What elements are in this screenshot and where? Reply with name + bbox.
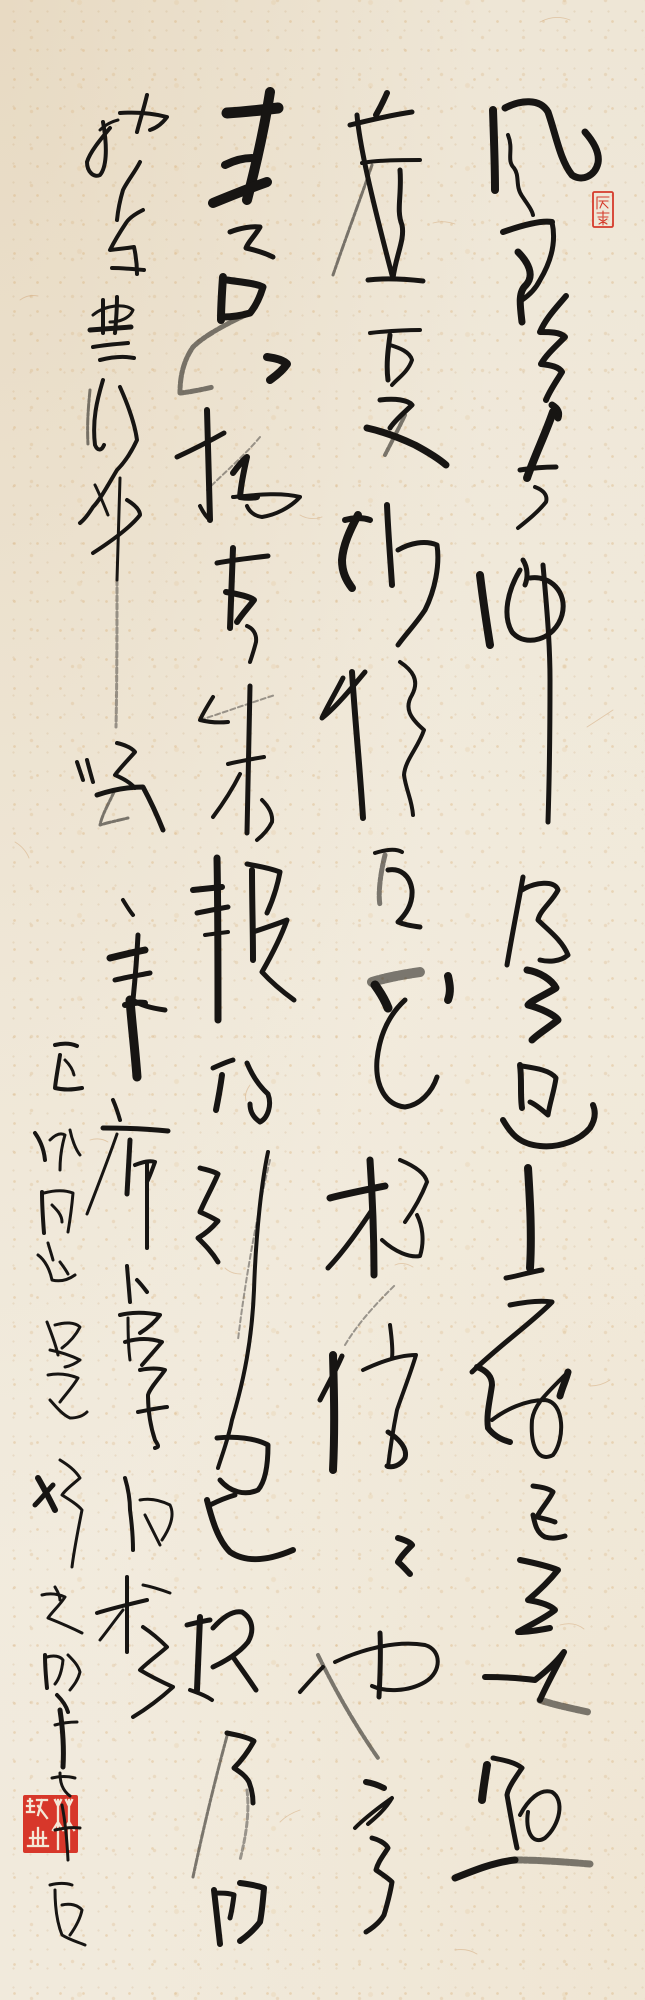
poem-column-4 [77,95,167,830]
glyph-lai [200,686,275,840]
glyph-zhang [367,399,446,465]
glyph-feng [493,102,598,215]
leisure-seal [593,192,613,227]
ink-layer [0,0,645,2000]
glyph-qiao [320,1285,416,1470]
glyph-chun-2 [472,1168,552,1372]
calligraphy-scroll: 風雨送春歸飛雪迎春到已是懸 崖百丈冰猶有花枝俏々也不爭 春只把春來報待到山花爛漫… [0,0,645,2000]
glyph-repeat-mark [398,1538,412,1574]
glyph-you [322,662,424,818]
glyph-dao [477,1367,568,1457]
glyph-lan [187,1612,256,1700]
glyph-ya [333,93,423,281]
glyph-song [540,296,566,400]
glyph-bai [370,330,420,385]
glyph-dai [213,1060,270,1122]
glyph-you-2 [375,850,420,927]
glyph-bu-zheng [355,1782,392,1932]
inscription-column-1 [87,900,173,1717]
glyph-chun-4 [217,548,268,662]
glyph-zhi-only [180,277,287,393]
glyph-man [193,1733,254,1877]
glyph-hua [372,972,450,1107]
glyph-shan-hua [207,1437,293,1559]
glyph-fei-xue [507,877,568,1040]
glyph-chun-3 [213,92,278,257]
glyph-shi [485,1560,588,1712]
glyph-cong [80,297,137,523]
poem-column-2 [300,93,450,1932]
artist-seal [23,1795,78,1853]
glyph-ye [300,1633,438,1758]
glyph-ta [87,95,167,220]
glyph-zhi [328,1160,427,1275]
glyph-bao [193,858,294,1020]
glyph-ba [177,410,300,520]
poem-column-1 [455,102,598,1878]
glyph-yi [533,1486,565,1538]
glyph-xuan [455,1758,590,1878]
glyph-bing [342,505,438,645]
glyph-gui [480,560,563,822]
glyph-zhong [93,478,140,727]
glyph-chun [518,405,559,528]
poem-column-3 [177,92,300,1944]
glyph-yu [503,222,554,322]
glyph-shi-time [214,1883,264,1944]
glyph-xiao [77,743,163,830]
glyph-ying [503,1065,595,1146]
glyph-dao-2 [198,1152,270,1468]
